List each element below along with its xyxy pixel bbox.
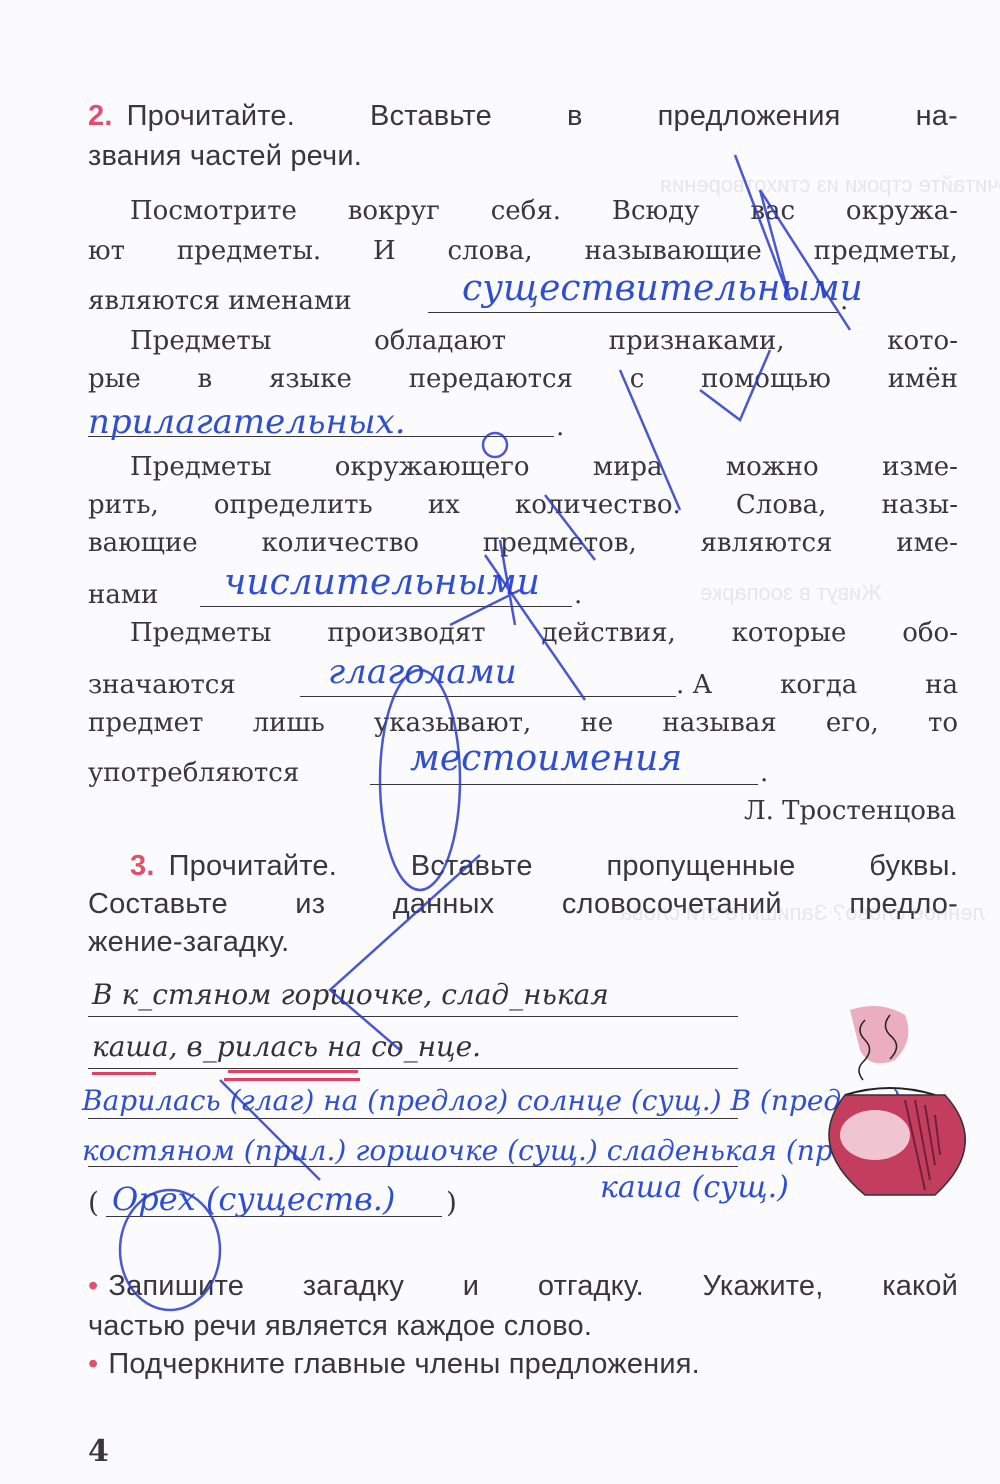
answer-blank[interactable] [200,606,572,607]
word: слова, [447,236,532,266]
word: помощью [701,364,831,394]
answer-blank[interactable] [300,696,676,697]
word: предметы. [177,236,321,266]
period: . [556,412,564,442]
word: име- [896,528,958,558]
word: Укажите, [703,1270,824,1303]
period: . [760,758,768,788]
word: Составьте [88,888,228,921]
predicate-underline [224,1078,360,1081]
text-line: рые в языке передаются с помощью имён [88,364,958,394]
period: . [574,580,582,610]
handwritten-answer: прилагательных. [88,402,406,442]
word: предложения [658,100,841,133]
exercise-number: 2. [88,100,113,132]
text-line: предмет лишь указывают, не называя его, … [88,708,958,738]
predicate-underline [228,1070,358,1073]
word: передаются [409,364,573,394]
word: Запишите [108,1270,244,1302]
word: количество. [515,490,681,520]
bullet-instruction: •Запишите загадку и отгадку. Укажите, ка… [88,1270,958,1303]
word: окружа- [846,196,958,226]
word: то [928,708,958,738]
word: называющие [584,236,761,266]
text-line: вающие количество предметов, являются им… [88,528,958,558]
word: кото- [887,326,958,356]
bullet-instruction-cont: частью речи является каждое слово. [88,1310,958,1343]
word: на [925,670,958,700]
word: на- [916,100,958,133]
text-line: значаются [88,670,236,700]
word: имён [888,364,958,394]
handwritten-answer: местоимения [410,738,682,779]
word: количество [261,528,419,558]
riddle-answer: Орех (существ.) [112,1180,395,1218]
word: И [373,236,396,266]
word: рить, [88,490,159,520]
word: указывают, [374,708,531,738]
word: предметы, [814,236,958,266]
word: мира [593,452,663,482]
word: Всюду [612,196,700,226]
word: буквы. [869,850,958,883]
writing-line [88,1068,738,1069]
word: признаками, [609,326,785,356]
word: предло- [849,888,958,921]
word: можно [726,452,819,482]
exercise-3-instruction: Составьте из данных словосочетаний предл… [88,888,958,921]
exercise-2-instruction-cont: звания частей речи. [88,140,958,173]
page-number: 4 [88,1434,109,1469]
word: Вставьте [411,850,533,883]
writing-line [88,1016,738,1017]
word: назы- [882,490,959,520]
word: которые [732,618,847,648]
word: вокруг [348,196,440,226]
word: являются [701,528,833,558]
word: Предметы [88,326,271,356]
word: окружающего [335,452,530,482]
bullet-icon: • [88,1348,98,1380]
word: загадку [303,1270,404,1303]
word: определить [214,490,373,520]
word: его, [826,708,879,738]
word: их [428,490,460,520]
word: в [567,100,583,133]
word: словосочетаний [562,888,782,921]
exercise-2-instruction: 2.Прочитайте. Вставьте в предложения на- [88,100,958,133]
text-line: Посмотрите вокруг себя. Всюду вас окружа… [88,196,958,226]
writing-line [88,1166,738,1167]
text-line: ют предметы. И слова, называющие предмет… [88,236,958,266]
word: вающие [88,528,198,558]
word: предмет [88,708,203,738]
text: звания частей речи. [88,140,362,173]
word: называя [662,708,776,738]
handwritten-answer: существительными [462,268,863,309]
text-line: . А когда на [676,670,958,700]
cursive-phrase: В к_стяном горшочке, слад_нькая [92,978,609,1011]
word: Посмотрите [88,196,297,226]
word: лишь [253,708,325,738]
text-line: Предметы окружающего мира можно изме- [88,452,958,482]
bullet-instruction: •Подчеркните главные члены предложения. [88,1348,958,1381]
handwritten-answer: глаголами [328,652,517,692]
word: отгадку. [538,1270,644,1303]
word: Предметы [88,618,271,648]
text: частью речи является каждое слово. [88,1310,592,1343]
text-line: рить, определить их количество. Слова, н… [88,490,958,520]
word: Предметы [88,452,271,482]
text-line: Предметы производят действия, которые об… [88,618,958,648]
text: жение-загадку. [88,926,289,959]
word: изме- [882,452,958,482]
word: производят [327,618,485,648]
author: Л. Тростенцова [744,796,956,826]
word: нами [88,580,158,610]
paren-close: ) [446,1186,457,1219]
word: Вставьте [370,100,492,133]
text: Подчеркните главные члены предложения. [108,1348,700,1380]
word: Прочитайте. [169,850,337,882]
word: из [295,888,325,921]
handwritten-answer: числительными [224,562,540,603]
word: когда [780,670,857,700]
answer-blank[interactable] [370,784,758,785]
word: . А [676,670,712,700]
word: употребляются [88,758,299,788]
paren-open: ( [88,1186,99,1219]
text-line: Предметы обладают признаками, кото- [88,326,958,356]
workbook-page: 1. Прочитайте строки из стихотворения Жи… [0,0,1000,1484]
word: языке [269,364,352,394]
exercise-3-instruction: 3.Прочитайте. Вставьте пропущенные буквы… [88,850,958,883]
word: являются именами [88,286,352,316]
word: и [463,1270,479,1303]
word: данных [393,888,495,921]
writing-line [88,1118,738,1119]
word: ют [88,236,125,266]
word: обо- [902,618,958,648]
word: какой [882,1270,958,1303]
word: вас [750,196,795,226]
word: Прочитайте. [127,100,295,132]
subject-underline [92,1072,156,1075]
bullet-icon: • [88,1270,98,1302]
word: рые [88,364,141,394]
exercise-number: 3. [88,850,155,882]
word: обладают [374,326,506,356]
word: действия, [541,618,675,648]
handwritten-analysis: Варилась (глаг) на (предлог) солнце (сущ… [82,1084,901,1117]
word: предметов, [483,528,637,558]
word: в [198,364,213,394]
word: не [580,708,613,738]
exercise-3-instruction: жение-загадку. [88,926,958,959]
word: пропущенные [606,850,795,883]
cursive-phrase: каша, в_рилась на со_нце. [92,1030,481,1063]
word: себя. [491,196,561,226]
answer-blank[interactable] [428,312,838,313]
word: Слова, [736,490,826,520]
handwritten-analysis: костяном (прил.) горшочке (сущ.) сладень… [82,1134,879,1167]
word: с [630,364,645,394]
bleed-through-text: 1. Прочитайте строки из стихотворения [660,172,1000,198]
handwritten-analysis: каша (сущ.) [600,1170,789,1205]
